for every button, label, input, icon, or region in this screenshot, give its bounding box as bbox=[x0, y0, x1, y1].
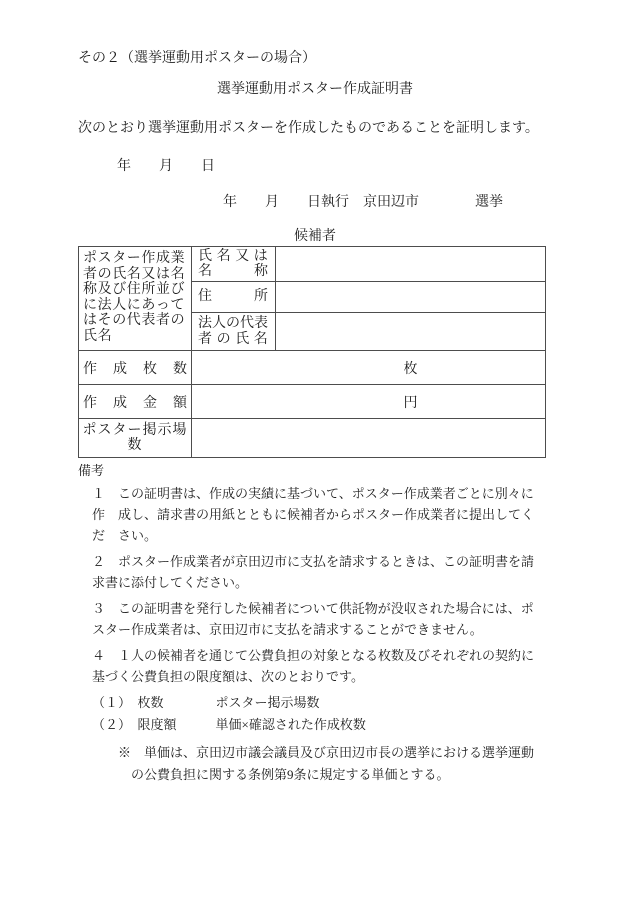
election-execution-line: 年 月 日執行 京田辺市 選挙 bbox=[223, 193, 630, 213]
certificate-table: ポスター作成業 者の氏名又は名 称及び住所並び に法人にあって はその代表者の … bbox=[78, 246, 546, 458]
remark-subitem-2: （２） 限度額 単価×確認された作成枚数 bbox=[92, 714, 562, 736]
intro-sentence: 次のとおり選挙運動用ポスターを作成したものであることを証明します。 bbox=[78, 119, 630, 139]
candidate-label: 候補者 bbox=[0, 228, 630, 246]
table-row: ポスター作成業 者の氏名又は名 称及び住所並び に法人にあって はその代表者の … bbox=[79, 247, 546, 282]
remark-item-1: １ この証明書は、作成の実績に基づいて、ポスター作成業者ごとに別々に 作 成し、… bbox=[92, 483, 562, 546]
poster-sites-label-cell: ポスター掲示場 数 bbox=[79, 419, 192, 458]
copies-made-label-cell: 作 成 枚 数 bbox=[79, 351, 192, 385]
poster-maker-header-cell: ポスター作成業 者の氏名又は名 称及び住所並び に法人にあって はその代表者の … bbox=[79, 247, 192, 351]
amount-made-value-cell: 円 bbox=[192, 385, 546, 419]
name-value-cell bbox=[276, 247, 546, 282]
poster-sites-value-cell bbox=[192, 419, 546, 458]
address-label-cell: 住 所 bbox=[192, 282, 276, 313]
name-or-title-label-line1: 氏名又は bbox=[198, 249, 269, 265]
representative-label-cell: 法人の代表 者の氏名 bbox=[192, 313, 276, 351]
name-or-title-label-cell: 氏名又は 名 称 bbox=[192, 247, 276, 282]
remarks-section: 備考 １ この証明書は、作成の実績に基づいて、ポスター作成業者ごとに別々に 作 … bbox=[78, 461, 630, 785]
unit-price-note: ※ 単価は、京田辺市議会議員及び京田辺市長の選挙における選挙運動 の公費負担に関… bbox=[92, 742, 562, 785]
amount-made-label-cell: 作 成 金 額 bbox=[79, 385, 192, 419]
representative-label-line2: 者の氏名 bbox=[198, 332, 269, 348]
representative-value-cell bbox=[276, 313, 546, 351]
remarks-heading: 備考 bbox=[78, 461, 630, 481]
remark-item-3: ３ この証明書を発行した候補者について供託物が没収された場合には、ポ スター作成… bbox=[92, 598, 562, 640]
remarks-list: １ この証明書は、作成の実績に基づいて、ポスター作成業者ごとに別々に 作 成し、… bbox=[92, 483, 562, 785]
table-row: ポスター掲示場 数 bbox=[79, 419, 546, 458]
table-row: 作 成 金 額 円 bbox=[79, 385, 546, 419]
copies-made-value-cell: 枚 bbox=[192, 351, 546, 385]
issue-date-line: 年 月 日 bbox=[117, 157, 630, 177]
form-variant-label: その２（選挙運動用ポスターの場合） bbox=[78, 49, 630, 69]
representative-label-line1: 法人の代表 bbox=[198, 316, 269, 332]
remark-subitem-1: （１） 枚数 ポスター掲示場数 bbox=[92, 692, 562, 714]
document-page: その２（選挙運動用ポスターの場合） 選挙運動用ポスター作成証明書 次のとおり選挙… bbox=[0, 0, 630, 903]
remark-item-4: ４ １人の候補者を通じて公費負担の対象となる枚数及びそれぞれの契約に 基づく公費… bbox=[92, 645, 562, 687]
name-or-title-label-line2: 名 称 bbox=[198, 264, 269, 280]
document-title: 選挙運動用ポスター作成証明書 bbox=[0, 80, 630, 100]
table-row: 作 成 枚 数 枚 bbox=[79, 351, 546, 385]
remark-item-2: ２ ポスター作成業者が京田辺市に支払を請求するときは、この証明書を請 求書に添付… bbox=[92, 551, 562, 593]
address-value-cell bbox=[276, 282, 546, 313]
